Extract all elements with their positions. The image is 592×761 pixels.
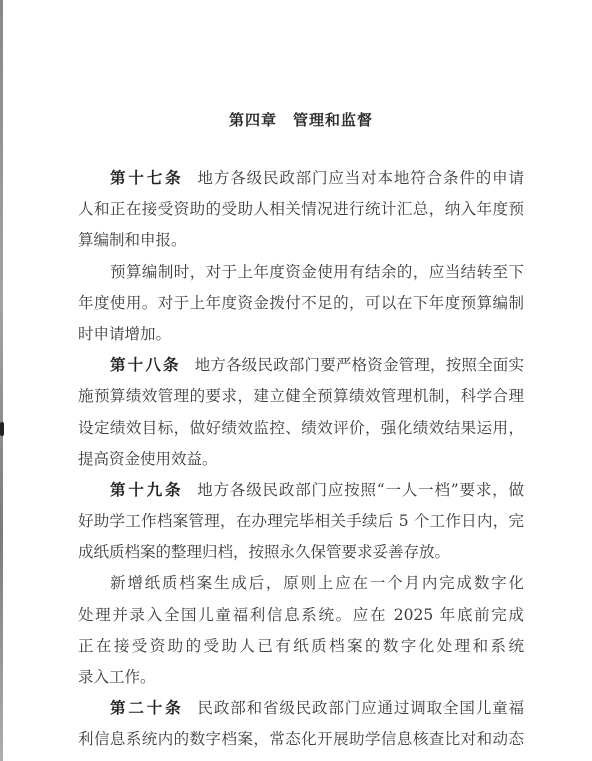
scan-blot-artifact: [0, 422, 4, 436]
paragraph-line: 算编制和申报。: [78, 225, 524, 256]
paragraph-line: 年度使用。对于上年度资金拨付不足的，可以在下年度预算编制: [78, 288, 524, 319]
paragraph-line: 利信息系统内的数字档案，常态化开展助学信息核查比对和动态: [78, 724, 524, 755]
paragraph-line: 第十八条地方各级民政部门要严格资金管理，按照全面实: [78, 350, 524, 381]
chapter-title: 第四章 管理和监督: [78, 109, 524, 130]
article-label: 第二十条: [110, 699, 183, 717]
paragraph-line: 提高资金使用效益。: [78, 444, 524, 475]
document-body: 第十七条地方各级民政部门应当对本地符合条件的申请 人和正在接受资助的受助人相关情…: [78, 163, 524, 756]
paragraph-text: 民政部和省级民政部门应通过调取全国儿童福: [197, 699, 524, 717]
paragraph-line: 第十九条地方各级民政部门应按照“一人一档”要求，做: [78, 475, 524, 506]
scan-edge-artifact: [0, 0, 3, 761]
article-label: 第十七条: [110, 169, 183, 187]
paragraph-line: 时申请增加。: [78, 319, 524, 350]
paragraph-line: 施预算绩效管理的要求，建立健全预算绩效管理机制，科学合理: [78, 381, 524, 412]
paragraph-text: 地方各级民政部门要严格资金管理，按照全面实: [195, 356, 524, 374]
paragraph-line: 录入工作。: [78, 662, 524, 693]
paragraph-line: 新增纸质档案生成后，原则上应在一个月内完成数字化: [78, 568, 524, 599]
paragraph-text: 地方各级民政部门应当对本地符合条件的申请: [197, 169, 524, 187]
paragraph-line: 处理并录入全国儿童福利信息系统。应在 2025 年底前完成: [78, 600, 524, 631]
paragraph-line: 预算编制时，对于上年度资金使用有结余的，应当结转至下: [78, 257, 524, 288]
paragraph-line: 成纸质档案的整理归档，按照永久保管要求妥善存放。: [78, 537, 524, 568]
article-label: 第十九条: [110, 481, 183, 499]
paragraph-line: 人和正在接受资助的受助人相关情况进行统计汇总，纳入年度预: [78, 194, 524, 225]
paragraph-line: 好助学工作档案管理，在办理完毕相关手续后 5 个工作日内，完: [78, 506, 524, 537]
paragraph-line: 正在接受资助的受助人已有纸质档案的数字化处理和系统: [78, 631, 524, 662]
paragraph-text: 地方各级民政部门应按照“一人一档”要求，做: [197, 481, 524, 499]
article-label: 第十八条: [110, 356, 181, 374]
paragraph-line: 第二十条民政部和省级民政部门应通过调取全国儿童福: [78, 693, 524, 724]
paragraph-line: 第十七条地方各级民政部门应当对本地符合条件的申请: [78, 163, 524, 194]
paragraph-line: 设定绩效目标，做好绩效监控、绩效评价，强化绩效结果运用，: [78, 413, 524, 444]
